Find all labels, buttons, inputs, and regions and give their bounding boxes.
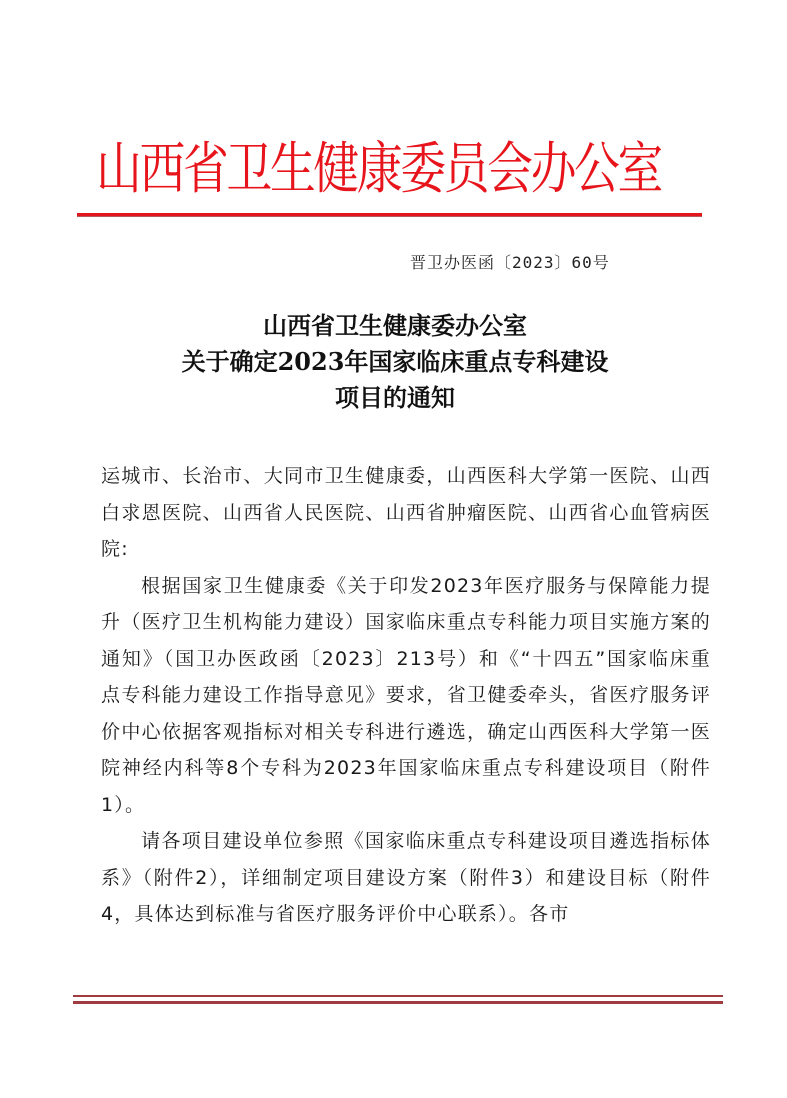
footer-divider-thin: [73, 995, 723, 997]
masthead-divider-shadow: [77, 216, 702, 217]
document-page: 山西省卫生健康委员会办公室 晋卫办医函〔2023〕60号 山西省卫生健康委办公室…: [0, 0, 787, 1098]
title-line-2: 关于确定2023年国家临床重点专科建设: [100, 344, 690, 380]
document-title: 山西省卫生健康委办公室 关于确定2023年国家临床重点专科建设 项目的通知: [100, 308, 690, 416]
footer-divider-thick: [73, 1001, 723, 1004]
document-number: 晋卫办医函〔2023〕60号: [410, 250, 610, 273]
issuer-masthead: 山西省卫生健康委员会办公室: [96, 132, 588, 212]
paragraph-1: 根据国家卫生健康委《关于印发2023年医疗服务与保障能力提升（医疗卫生机构能力建…: [101, 568, 711, 824]
paragraph-2: 请各项目建设单位参照《国家临床重点专科建设项目遴选指标体系》（附件2），详细制定…: [101, 823, 711, 933]
title-line-1: 山西省卫生健康委办公室: [100, 308, 690, 344]
document-body: 运城市、长治市、大同市卫生健康委，山西医科大学第一医院、山西白求恩医院、山西省人…: [101, 458, 711, 933]
title-line-3: 项目的通知: [100, 380, 690, 416]
recipients: 运城市、长治市、大同市卫生健康委，山西医科大学第一医院、山西白求恩医院、山西省人…: [101, 458, 711, 568]
